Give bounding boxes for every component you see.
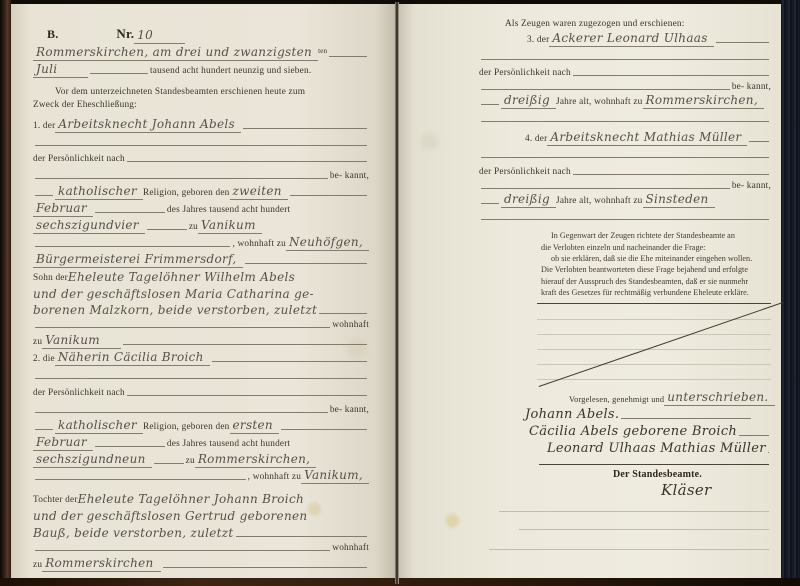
blank-line: [35, 177, 328, 179]
identity-row: der Persönlichkeit nach: [33, 383, 369, 400]
groom-residence: Neuhöfgen,: [286, 235, 369, 251]
bekannt-row: be- kannt,: [479, 179, 771, 193]
jahre-alt-label: Jahre alt, wohnhaft zu: [556, 97, 643, 109]
blank-line: [481, 103, 499, 105]
declaration-line: hierauf der Ausspruch des Standesbeamten…: [541, 276, 771, 287]
book-edge-right: [781, 0, 800, 586]
empty-ruled-row: [479, 534, 771, 554]
strikethrough-line: [539, 302, 783, 387]
blank-row: [33, 133, 369, 150]
blank-line: [329, 55, 367, 57]
declaration-line: kraft des Gesetzes für rechtmäßig verbun…: [541, 287, 771, 298]
bride-parents-row-2: und der geschäftslosen Gertrud geborenen: [33, 507, 369, 524]
signature-bride: Cäcilia Abels geborene Broich: [529, 424, 737, 440]
groom-birth-year-row: sechszigundvier zu Vanikum: [33, 217, 369, 234]
blank-line: [35, 144, 367, 146]
bride-parents-row-3: Bauß, beide verstorben, zuletzt: [33, 524, 369, 541]
groom-parents-row-3: borenen Malzkorn, beide verstorben, zule…: [33, 302, 369, 319]
blank-row: [33, 366, 369, 383]
empty-ruled-row: [479, 516, 771, 534]
witness4-age: dreißig: [501, 192, 556, 208]
blank-line: [768, 451, 769, 453]
intro-row-2: Zweck der Eheschließung:: [33, 99, 369, 112]
bride-religion: katholischer: [55, 418, 143, 434]
bride-parents-residence-row: zu Rommerskirchen: [33, 555, 369, 572]
faint-rule-line: [537, 349, 771, 350]
blank-row: [479, 109, 771, 125]
blank-row: [479, 47, 771, 63]
left-page: B. Nr. 10 Rommerskirchen, am drei und zw…: [11, 4, 395, 578]
wohnhaft-zu-label: , wohnhaft zu: [232, 239, 285, 251]
bride-number-label: 2. die: [33, 354, 55, 366]
bekannt-label: be- kannt,: [330, 171, 369, 183]
groom-name: Arbeitsknecht Johann Abels: [55, 117, 241, 133]
groom-birth-month: Februar: [33, 201, 93, 217]
blank-line: [35, 428, 53, 430]
bride-parents-2: und der geschäftslosen Gertrud geborenen: [33, 509, 307, 524]
blank-line: [481, 202, 499, 204]
groom-birth-month-row: Februar des Jahres tausend acht hundert: [33, 200, 369, 217]
signature-row-3: Leonard Ulhaas Mathias Müller: [479, 440, 771, 457]
witness4-age-row: dreißig Jahre alt, wohnhaft zu Sinsteden: [479, 193, 771, 208]
registrar-signature: Kläser: [661, 481, 712, 500]
groom-parents-row-2: und der geschäftslosen Maria Catharina g…: [33, 285, 369, 302]
persoenlichkeit-label: der Persönlichkeit nach: [479, 167, 571, 179]
nr-label: Nr.: [116, 26, 134, 44]
tochter-der-label: Tochter der: [33, 495, 78, 507]
groom-birth-year: sechszigundvier: [33, 218, 145, 234]
record-number: 10: [134, 28, 185, 44]
blank-line: [319, 312, 367, 314]
groom-parents-2: und der geschäftslosen Maria Catharina g…: [33, 287, 314, 302]
wohnhaft-zu-label: , wohnhaft zu: [248, 472, 301, 484]
bride-parents-1: Eheleute Tagelöhner Johann Broich: [78, 492, 304, 507]
blank-line: [749, 140, 769, 142]
vorgelesen-label: Vorgelesen, genehmigt und: [569, 395, 664, 406]
unterschrieben-handwritten: unterschrieben.: [664, 390, 774, 406]
registrar-label-row: Der Standesbeamte.: [479, 469, 771, 482]
book-edge-bottom: [0, 578, 800, 586]
intro-line-1: Vor dem unterzeichneten Standesbeamten e…: [55, 87, 305, 99]
groom-parents-residence-row: zu Vanikum: [33, 332, 369, 349]
bride-birth-month: Februar: [33, 435, 93, 451]
blank-line: [481, 156, 769, 158]
rule-line: [539, 463, 769, 465]
blank-line: [90, 72, 148, 74]
right-page: Als Zeugen waren zugezogen und erschiene…: [399, 4, 781, 578]
blank-line: [621, 417, 751, 419]
groom-birth-day: zweiten: [230, 184, 288, 200]
groom-parents-row-1: Sohn der Eheleute Tagelöhner Wilhelm Abe…: [33, 268, 369, 285]
empty-ruled-row: [479, 500, 771, 516]
bride-birth-year-row: sechszigundneun zu Rommerskirchen,: [33, 451, 369, 468]
groom-religion-row: katholischer Religion, geboren den zweit…: [33, 183, 369, 200]
blank-line: [163, 566, 367, 568]
religion-geboren-label: Religion, geboren den: [143, 188, 230, 200]
groom-parents-1: Eheleute Tagelöhner Wilhelm Abels: [68, 270, 295, 285]
blank-line: [127, 394, 367, 396]
bride-birth-place: Rommerskirchen,: [195, 452, 316, 468]
declaration-paragraph: In Gegenwart der Zeugen richtete der Sta…: [541, 230, 771, 298]
ten-suffix: ten: [318, 47, 327, 61]
groom-residence2-row: Bürgermeisterei Frimmersdorf,: [33, 251, 369, 268]
zu-label: zu: [186, 456, 195, 468]
bekannt-row: be- kannt,: [33, 400, 369, 417]
section-letter: B.: [47, 27, 58, 44]
jahre-alt-label: Jahre alt, wohnhaft zu: [556, 196, 643, 208]
wohnhaft-label: wohnhaft: [332, 543, 369, 555]
signature-row-2: Cäcilia Abels geborene Broich: [479, 423, 771, 440]
identity-row: der Persönlichkeit nach: [479, 162, 771, 178]
bekannt-label: be- kannt,: [330, 405, 369, 417]
bekannt-label: be- kannt,: [732, 181, 771, 193]
blank-line: [95, 211, 165, 213]
bride-residence-row: , wohnhaft zu Vanikum,: [33, 468, 369, 485]
witness3-age: dreißig: [501, 93, 556, 109]
blank-line: [35, 245, 230, 247]
groom-birth-place: Vanikum: [198, 218, 262, 234]
header-row: B. Nr. 10: [33, 14, 369, 44]
bride-birth-year: sechszigundneun: [33, 452, 152, 468]
signature-groom: Johann Abels.: [525, 407, 619, 423]
groom-parents-3: borenen Malzkorn, beide verstorben, zule…: [33, 303, 317, 318]
groom-parents-residence: Vanikum: [42, 333, 121, 349]
blank-line: [481, 88, 730, 90]
blank-line: [35, 326, 330, 328]
witness4-name: Arbeitsknecht Mathias Müller: [547, 130, 747, 146]
bride-residence: Vanikum,: [301, 468, 369, 484]
blank-line: [481, 58, 769, 60]
bride-birth-day: ersten: [230, 418, 279, 434]
voided-area: [479, 303, 771, 391]
blank-line: [281, 428, 367, 430]
groom-wohnhaft-row: wohnhaft: [33, 318, 369, 332]
witness3-name-row: 3. der Ackerer Leonard Ulhaas: [479, 31, 771, 47]
rule-line: [537, 303, 771, 304]
faint-rule-line: [537, 364, 771, 365]
blank-line: [95, 445, 165, 447]
persoenlichkeit-label: der Persönlichkeit nach: [33, 154, 125, 166]
signature-witnesses: Leonard Ulhaas Mathias Müller: [547, 441, 766, 457]
blank-line: [245, 262, 367, 264]
wohnhaft-label: wohnhaft: [332, 320, 369, 332]
faint-rule-line: [489, 548, 769, 550]
blank-line: [481, 120, 769, 122]
witness-header-row: Als Zeugen waren zugezogen und erschiene…: [479, 16, 771, 31]
bekannt-row: be- kannt,: [479, 80, 771, 94]
blank-row: [479, 208, 771, 224]
left-page-content: B. Nr. 10 Rommerskirchen, am drei und zw…: [33, 14, 369, 572]
date-place-row: Rommerskirchen, am drei und zwanzigsten …: [33, 44, 369, 61]
declaration-line: ob sie erklären, daß sie die Ehe miteina…: [541, 253, 771, 264]
witness-header: Als Zeugen waren zugezogen und erschiene…: [505, 19, 685, 31]
witness4-name-row: 4. der Arbeitsknecht Mathias Müller: [479, 130, 771, 146]
faint-rule-line: [499, 510, 769, 512]
blank-line: [481, 218, 769, 220]
witness4-number-label: 4. der: [525, 134, 547, 146]
declaration-line: Die Verlobten beantworteten diese Frage …: [541, 264, 771, 275]
sohn-der-label: Sohn der: [33, 273, 68, 285]
zu-label: zu: [33, 337, 42, 349]
blank-line: [290, 194, 367, 196]
blank-line: [236, 535, 367, 537]
witness3-age-row: dreißig Jahre alt, wohnhaft zu Rommerski…: [479, 94, 771, 109]
blank-line: [123, 343, 367, 345]
blank-line: [716, 41, 769, 43]
groom-name-row: 1. der Arbeitsknecht Johann Abels: [33, 116, 369, 133]
witness4-residence: Sinsteden: [643, 192, 715, 208]
blank-line: [35, 194, 53, 196]
vorgelesen-row: Vorgelesen, genehmigt und unterschrieben…: [479, 391, 771, 406]
identity-row: der Persönlichkeit nach: [33, 150, 369, 167]
persoenlichkeit-label: der Persönlichkeit nach: [33, 388, 125, 400]
faint-rule-line: [537, 379, 771, 380]
blank-line: [154, 462, 184, 464]
blank-line: [573, 74, 769, 76]
date-place-day: Rommerskirchen, am drei und zwanzigsten: [33, 45, 318, 61]
right-page-content: Als Zeugen waren zugezogen und erschiene…: [479, 16, 771, 554]
intro-line-2: Zweck der Eheschließung:: [33, 100, 137, 112]
blank-row: [479, 146, 771, 162]
blank-line: [481, 187, 730, 189]
groom-residence-row: , wohnhaft zu Neuhöfgen,: [33, 234, 369, 251]
blank-line: [212, 360, 367, 362]
bride-religion-row: katholischer Religion, geboren den erste…: [33, 417, 369, 434]
religion-geboren-label: Religion, geboren den: [143, 422, 230, 434]
persoenlichkeit-label: der Persönlichkeit nach: [479, 68, 571, 80]
faint-rule-line: [519, 528, 769, 530]
bride-parents-residence: Rommerskirchen: [42, 556, 161, 572]
bride-wohnhaft-row: wohnhaft: [33, 541, 369, 555]
blank-line: [35, 377, 367, 379]
faint-rule-line: [537, 334, 771, 335]
declaration-line: In Gegenwart der Zeugen richtete der Sta…: [541, 230, 771, 241]
groom-religion: katholischer: [55, 184, 143, 200]
blank-line: [147, 228, 187, 230]
blank-line: [35, 549, 330, 551]
book-edge-left: [0, 0, 11, 586]
blank-line: [35, 411, 328, 413]
bride-name-row: 2. die Näherin Cäcilia Broich: [33, 349, 369, 366]
identity-row: der Persönlichkeit nach: [479, 64, 771, 80]
blank-line: [127, 160, 367, 162]
registrar-signature-row: Kläser: [479, 482, 771, 500]
groom-residence-2: Bürgermeisterei Frimmersdorf,: [33, 252, 243, 268]
witness3-number-label: 3. der: [527, 35, 549, 47]
intro-row-1: Vor dem unterzeichneten Standesbeamten e…: [33, 86, 369, 99]
bride-parents-row-1: Tochter der Eheleute Tagelöhner Johann B…: [33, 490, 369, 507]
declaration-line: die Verlobten einzeln und nacheinander d…: [541, 242, 771, 253]
date-year-row: Juli tausend acht hundert neunzig und si…: [33, 61, 369, 78]
date-month: Juli: [33, 62, 88, 78]
closing-rule-row: [479, 457, 771, 469]
zu-label: zu: [33, 560, 42, 572]
bride-name: Näherin Cäcilia Broich: [55, 350, 210, 366]
zu-label: zu: [189, 222, 198, 234]
groom-number-label: 1. der: [33, 121, 55, 133]
year-printed: tausend acht hundert neunzig und sieben.: [150, 66, 311, 78]
des-jahres-label: des Jahres tausend acht hundert: [167, 205, 290, 217]
bekannt-row: be- kannt,: [33, 166, 369, 183]
signature-row-1: Johann Abels.: [479, 406, 771, 423]
bride-birth-month-row: Februar des Jahres tausend acht hundert: [33, 434, 369, 451]
blank-line: [35, 478, 246, 480]
blank-line: [739, 434, 769, 436]
blank-line: [573, 173, 769, 175]
witness3-name: Ackerer Leonard Ulhaas: [549, 31, 713, 47]
witness3-residence: Rommerskirchen,: [643, 93, 764, 109]
bride-parents-3: Bauß, beide verstorben, zuletzt: [33, 526, 234, 541]
des-jahres-label: des Jahres tausend acht hundert: [167, 439, 290, 451]
blank-line: [243, 127, 367, 129]
